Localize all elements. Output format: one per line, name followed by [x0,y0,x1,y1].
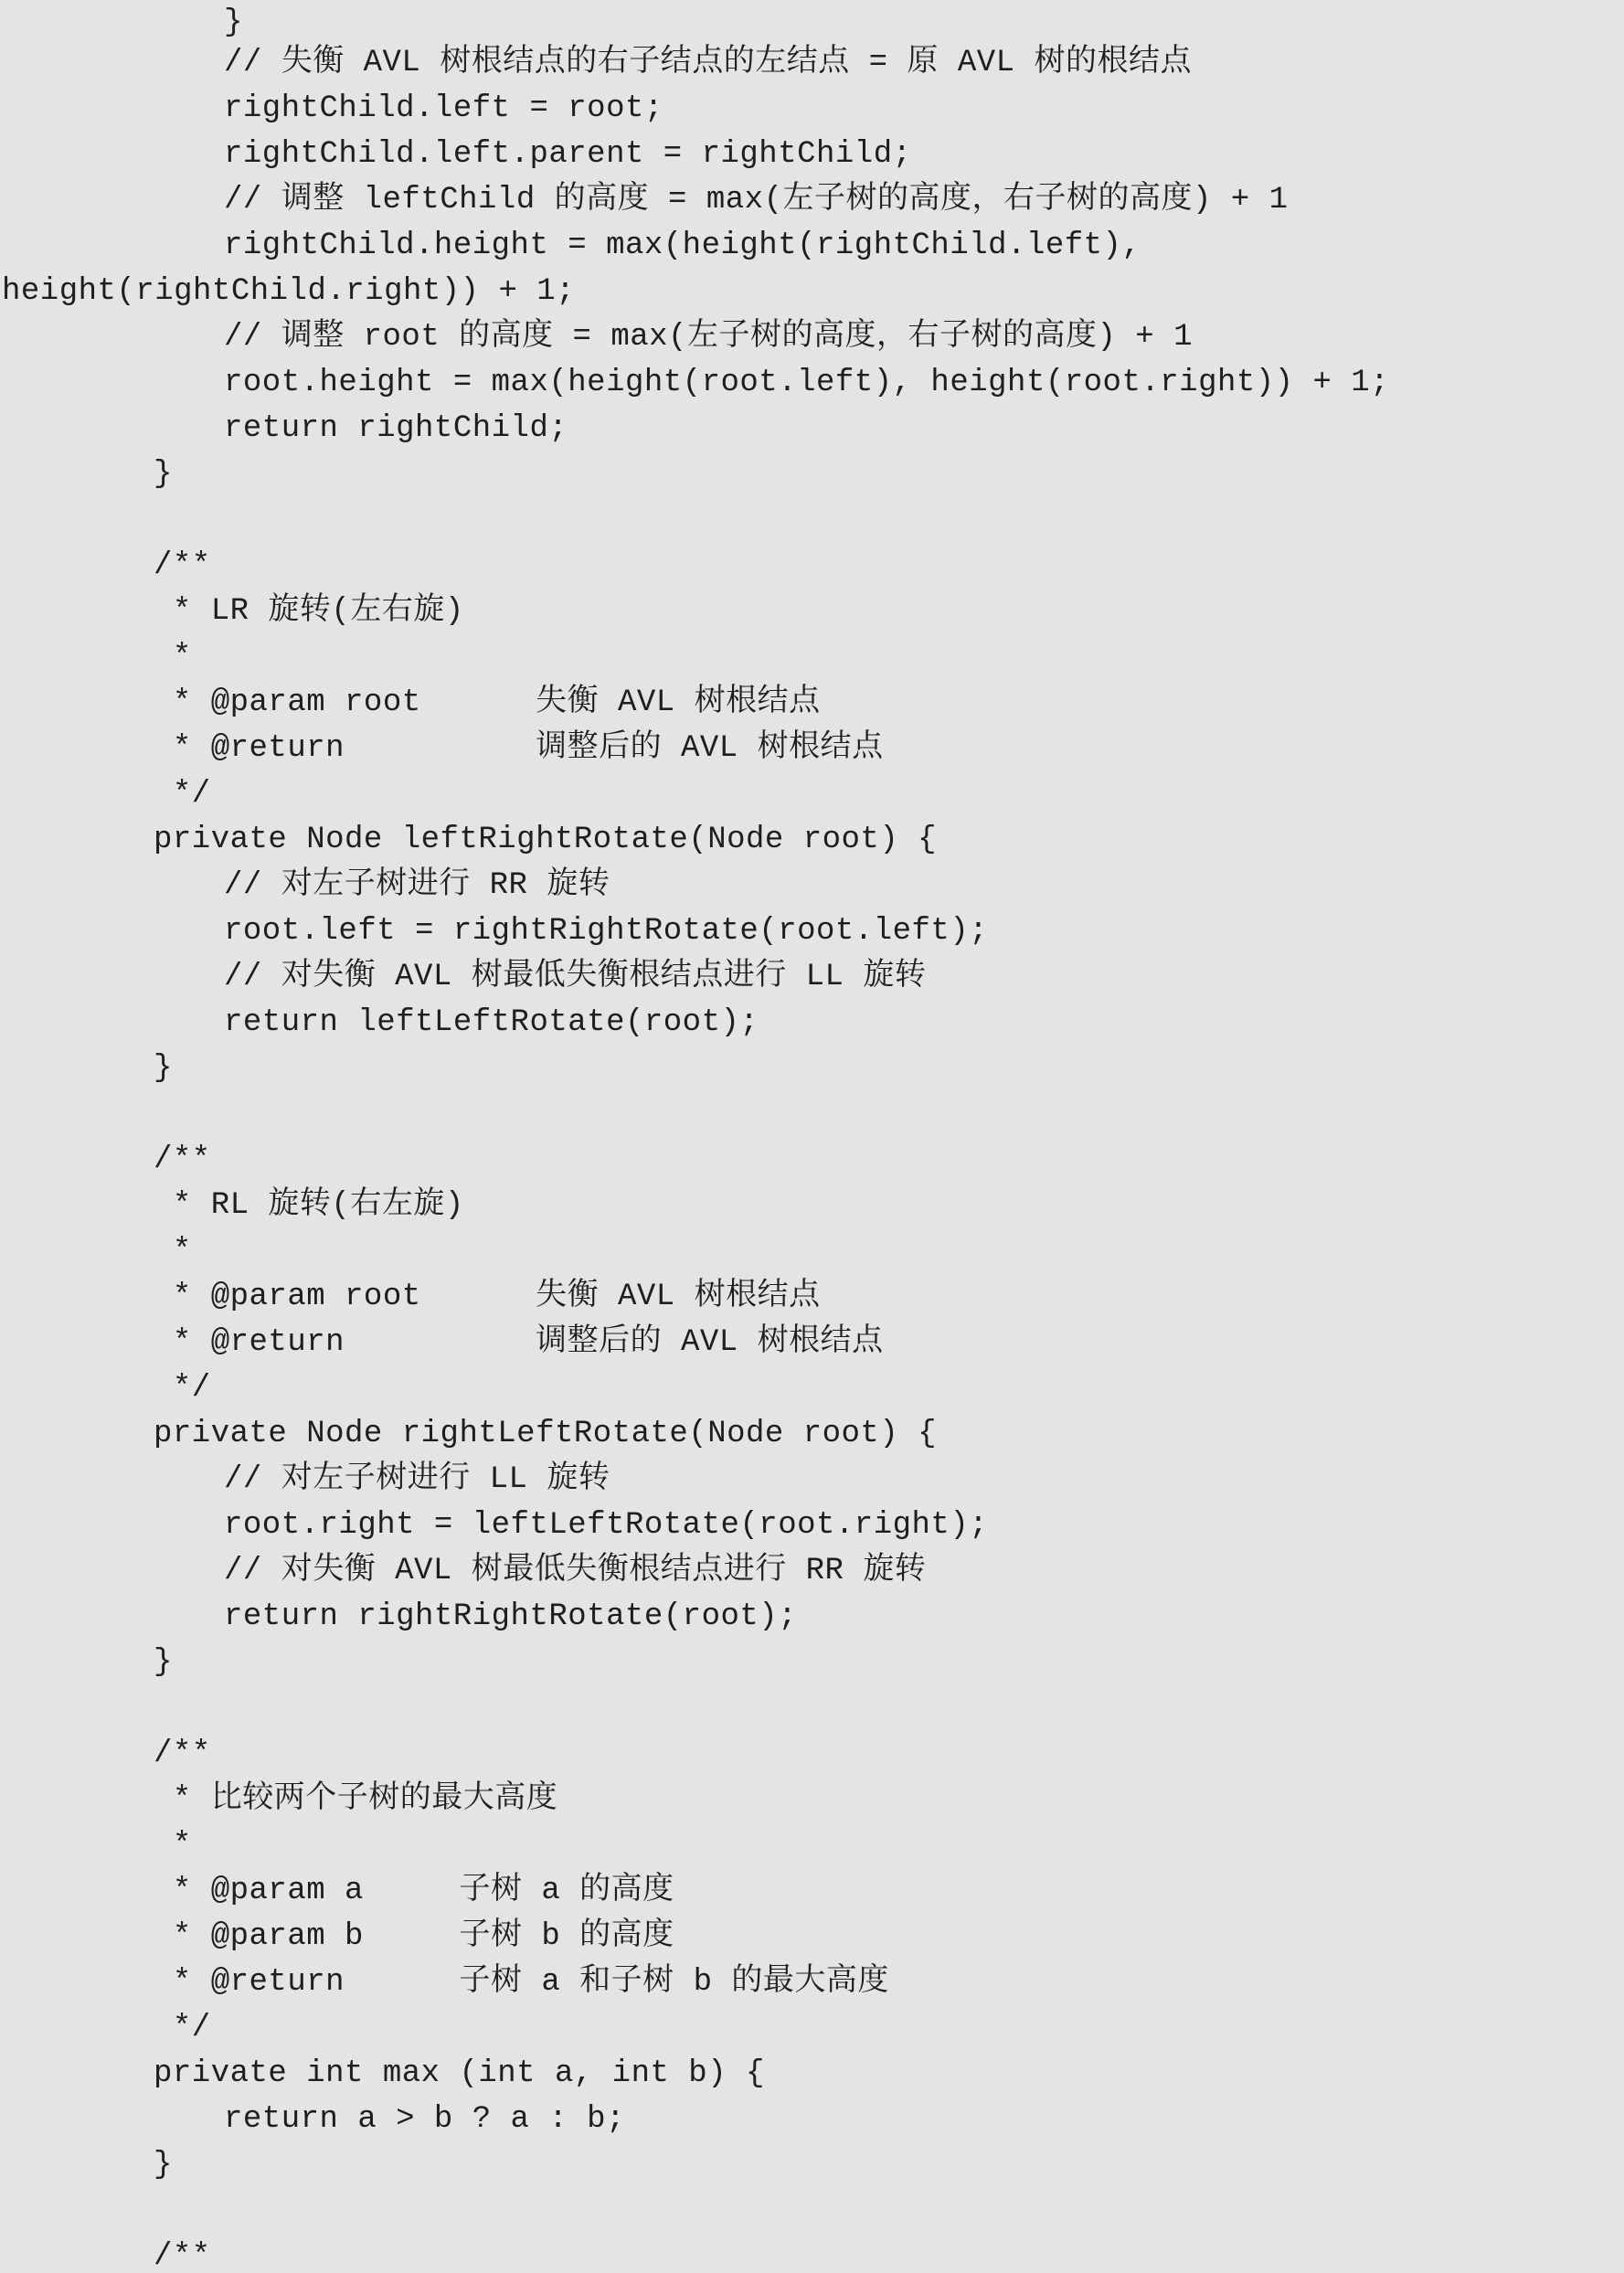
code-comment-line: * @return 子树 a 和子树 b 的最大高度 [154,1960,889,2005]
code-comment-line: // 失衡 AVL 树根结点的右子结点的左结点 = 原 AVL 树的根结点 [224,40,1192,86]
code-comment-line: * @param root 失衡 AVL 树根结点 [154,680,821,726]
code-comment-line: /** [154,543,211,589]
code-line: private int max (int a, int b) { [154,2051,765,2097]
code-comment-line: * @return 调整后的 AVL 树根结点 [154,1320,884,1365]
code-line: } [154,1640,173,1685]
code-comment-line: * 比较两个子树的最大高度 [154,1777,557,1822]
code-line: rightChild.left.parent = rightChild; [224,132,912,177]
code-comment-line: * RL 旋转(右左旋) [154,1183,464,1228]
code-comment-line: // 调整 leftChild 的高度 = max(左子树的高度，右子树的高度)… [224,177,1289,223]
code-comment-line: * @param b 子树 b 的高度 [154,1914,674,1960]
code-line: root.height = max(height(root.left), hei… [224,360,1389,406]
code-comment-line: */ [154,771,211,817]
code-line: rightChild.left = root; [224,86,663,132]
code-comment-line: * [154,1822,192,1868]
code-comment-line: * @param a 子树 a 的高度 [154,1868,674,1914]
code-comment-line: // 对失衡 AVL 树最低失衡根结点进行 LL 旋转 [224,954,926,1000]
code-comment-line: // 对左子树进行 LL 旋转 [224,1457,610,1503]
code-line: } [154,2142,173,2188]
code-comment-line: /** [154,1137,211,1183]
code-listing-page: }// 失衡 AVL 树根结点的右子结点的左结点 = 原 AVL 树的根结点ri… [0,0,1624,2273]
code-line: root.right = leftLeftRotate(root.right); [224,1503,988,1548]
code-comment-line: * [154,1228,192,1274]
code-line: } [154,451,173,497]
code-comment-line: * LR 旋转(左右旋) [154,589,464,634]
code-comment-line: */ [154,2005,211,2051]
code-comment-line: */ [154,1365,211,1411]
code-comment-line: // 对失衡 AVL 树最低失衡根结点进行 RR 旋转 [224,1548,926,1594]
code-line: private Node rightLeftRotate(Node root) … [154,1411,937,1457]
code-line: } [224,0,243,46]
code-line: height(rightChild.right)) + 1; [2,269,575,314]
code-line: return rightChild; [224,406,568,451]
code-line: return rightRightRotate(root); [224,1594,797,1640]
code-line: return a > b ? a : b; [224,2097,625,2142]
code-comment-line: * @return 调整后的 AVL 树根结点 [154,726,884,771]
code-line: private Node leftRightRotate(Node root) … [154,817,937,863]
code-line: root.left = rightRightRotate(root.left); [224,908,988,954]
code-comment-line: /** [154,2234,211,2273]
code-comment-line: // 对左子树进行 RR 旋转 [224,863,610,908]
code-line: } [154,1046,173,1091]
code-comment-line: /** [154,1731,211,1777]
code-comment-line: // 调整 root 的高度 = max(左子树的高度，右子树的高度) + 1 [224,314,1193,360]
code-comment-line: * @param root 失衡 AVL 树根结点 [154,1274,821,1320]
code-line: rightChild.height = max(height(rightChil… [224,223,1141,269]
code-line: return leftLeftRotate(root); [224,1000,759,1046]
code-comment-line: * [154,634,192,680]
